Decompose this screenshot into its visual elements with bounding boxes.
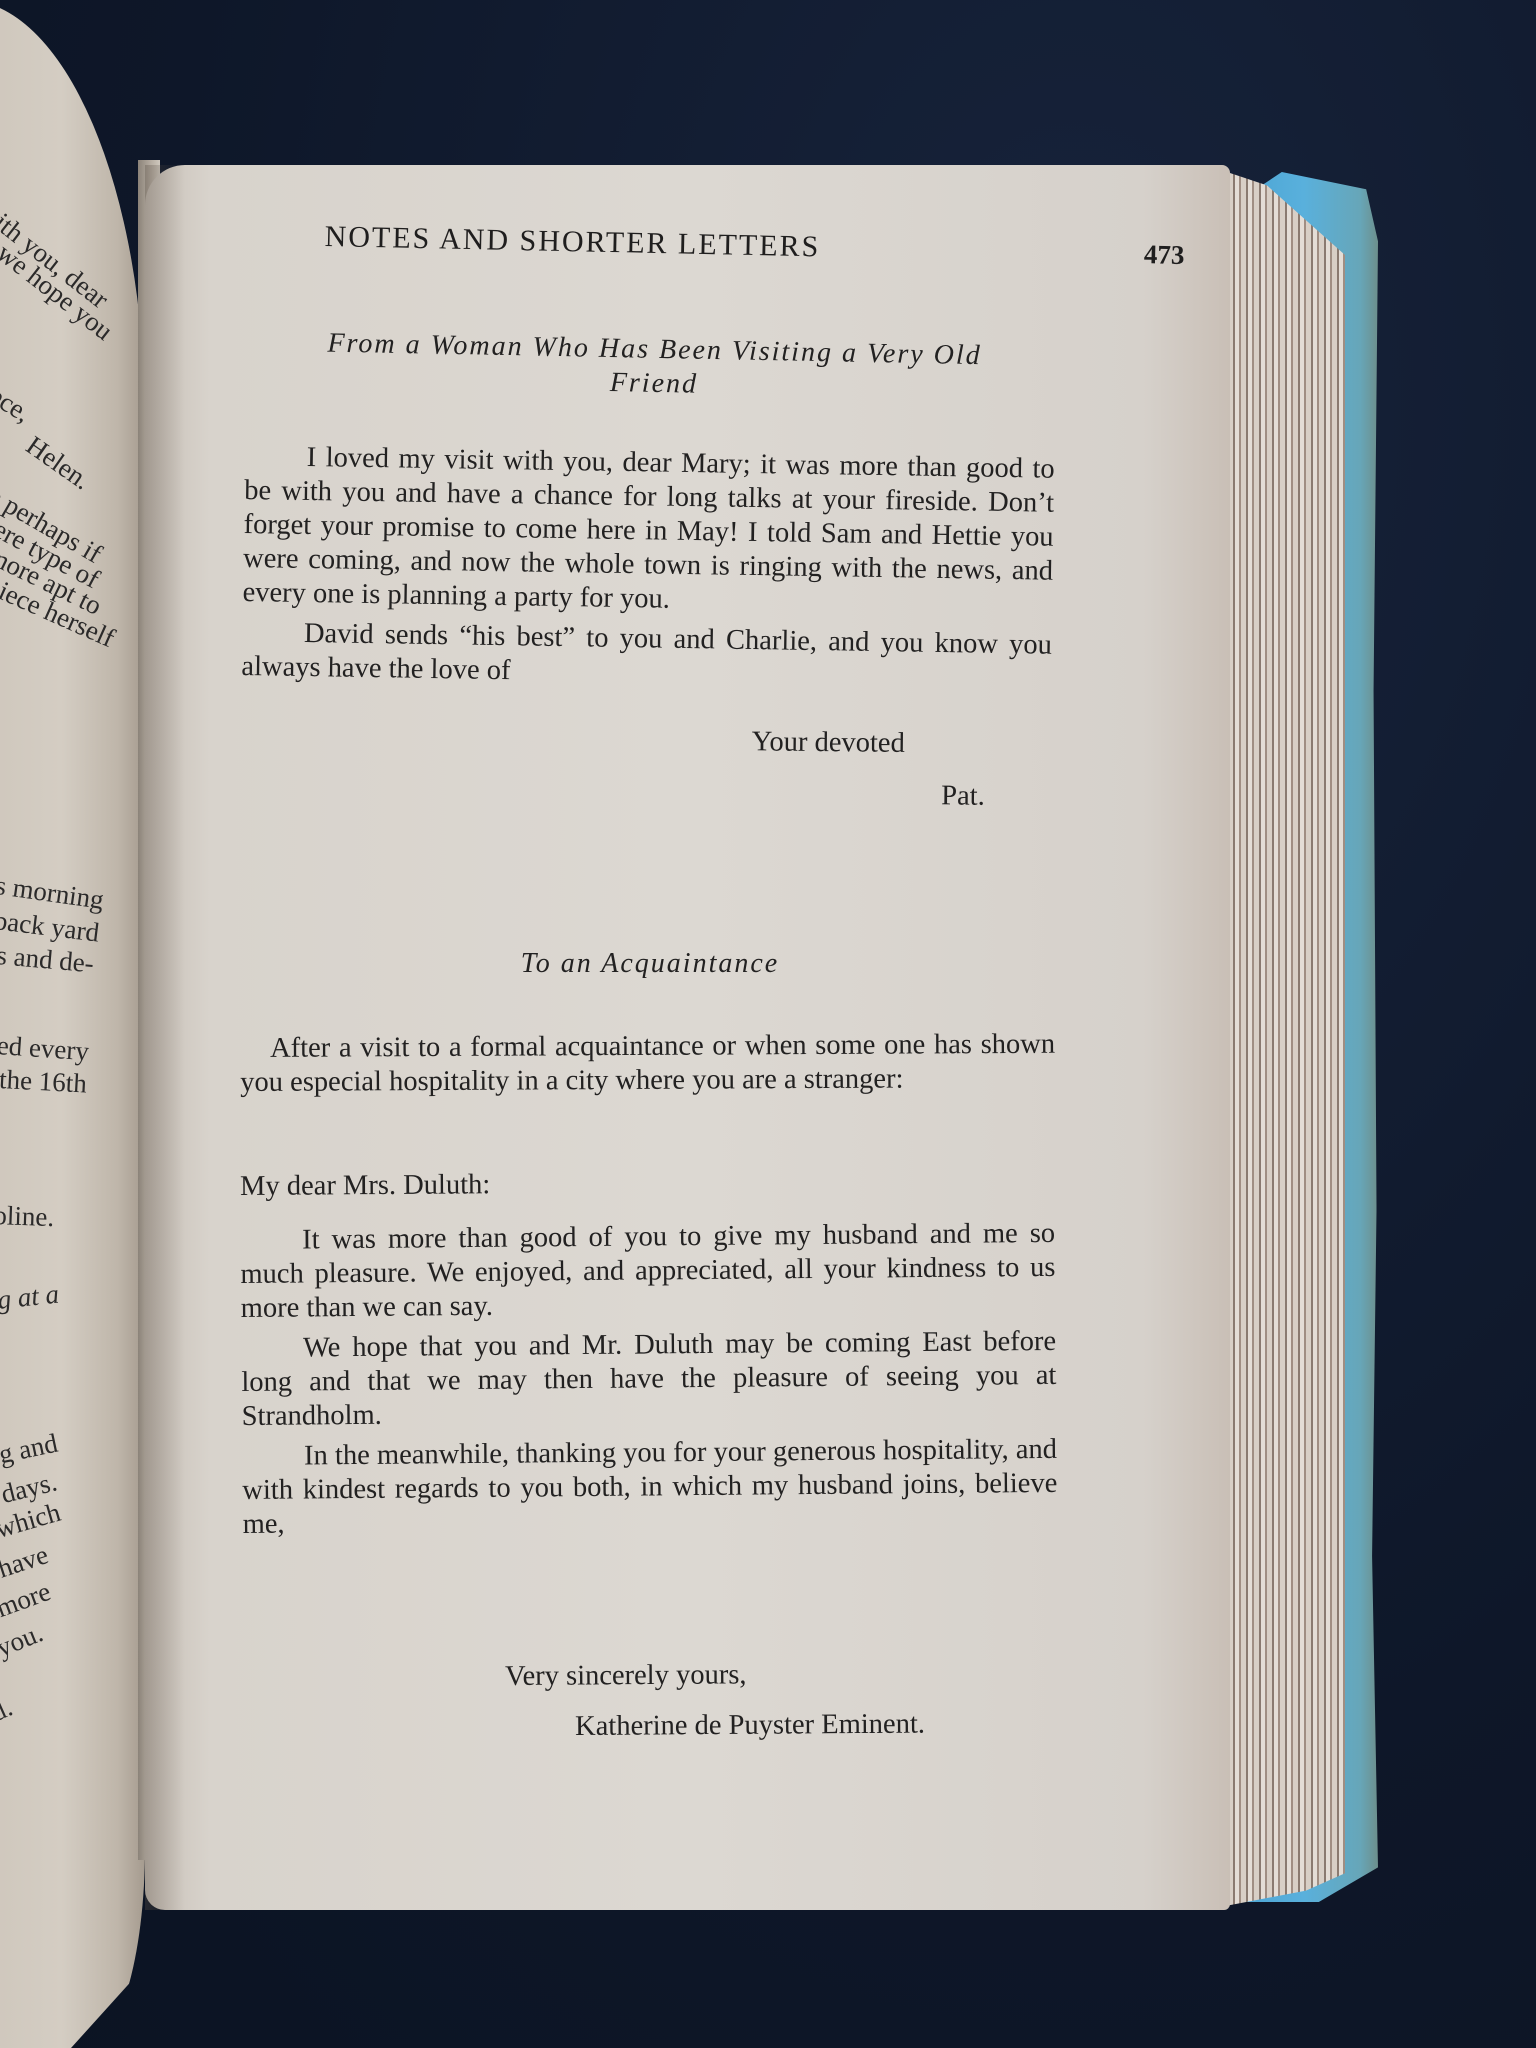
right-page: NOTES AND SHORTER LETTERS 473 From a Wom…: [145, 165, 1230, 1910]
letter1-paragraph-1: I loved my visit with you, dear Mary; it…: [242, 440, 1055, 623]
photo-scene: with you, dear d we hope you ece, Helen.…: [0, 0, 1536, 2048]
letter1-body: I loved my visit with you, dear Mary; it…: [241, 440, 1055, 703]
running-title: NOTES AND SHORTER LETTERS: [324, 220, 820, 264]
letter2-body: It was more than good of you to give my …: [240, 1217, 1058, 1548]
letter2-salutation: My dear Mrs. Duluth:: [240, 1164, 1055, 1204]
letter1-signature: Pat.: [245, 772, 985, 814]
letter2-closing: Very sincerely yours,: [505, 1657, 925, 1694]
letter1-closing: Your devoted: [245, 720, 905, 761]
left-fragment: the 16th: [0, 1064, 88, 1100]
page-block-edges: [1215, 168, 1345, 1908]
letter2-signature: Katherine de Puyster Eminent.: [575, 1706, 1095, 1744]
left-fragment: oline.: [0, 1200, 55, 1233]
letter2-paragraph-1: It was more than good of you to give my …: [240, 1217, 1056, 1326]
letter2-intro-block: After a visit to a formal acquaintance o…: [240, 1028, 1055, 1106]
left-fragment: ed every: [0, 1030, 90, 1067]
letter1-paragraph-2: David sends “his best” to you and Charli…: [241, 616, 1052, 697]
letter2-intro: After a visit to a formal acquaintance o…: [240, 1028, 1055, 1100]
letter2-paragraph-2: We hope that you and Mr. Duluth may be c…: [241, 1325, 1057, 1434]
letter1-heading: From a Woman Who Has Been Visiting a Ver…: [244, 325, 1065, 409]
running-head: NOTES AND SHORTER LETTERS 473: [324, 220, 1185, 272]
page-number: 473: [1144, 239, 1185, 271]
letter2-paragraph-3: In the meanwhile, thanking you for your …: [242, 1433, 1058, 1542]
left-fragment: g at a: [0, 1279, 60, 1316]
letter2-heading: To an Acquaintance: [245, 947, 1055, 981]
